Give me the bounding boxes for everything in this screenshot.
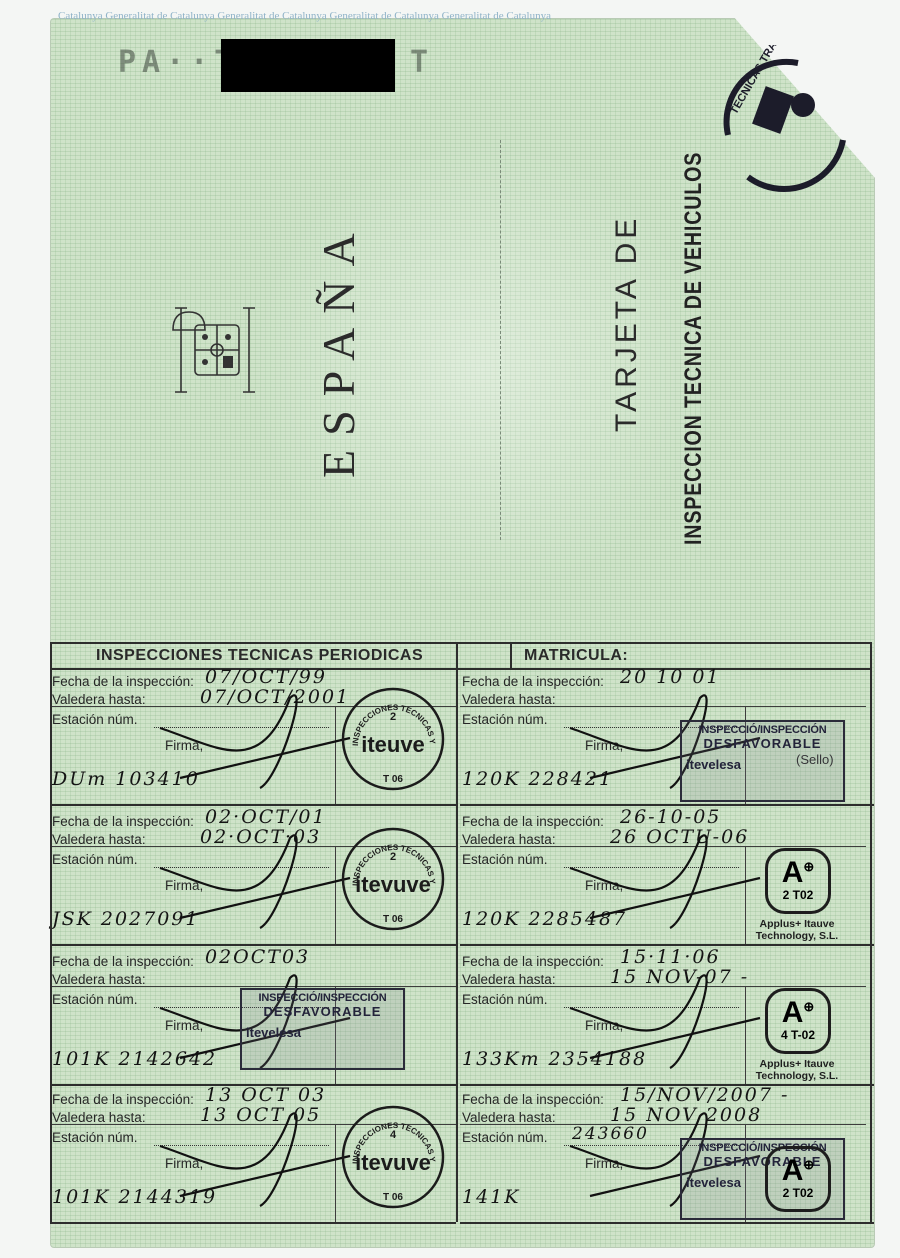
inspection-date-value: 15/NOV/2007 - <box>620 1084 789 1106</box>
svg-text:iteuve: iteuve <box>361 732 425 757</box>
fecha-label: Fecha de la inspección: <box>462 674 604 689</box>
matricula-label: MATRICULA: <box>524 647 628 665</box>
applus-itv-stamp: A⊕2 T02 <box>765 848 831 914</box>
coat-of-arms-icon <box>165 300 260 400</box>
country-title: ESPAÑA <box>312 219 365 478</box>
odometer-note: 141K <box>462 1186 520 1208</box>
odometer-note: DUm 103410 <box>52 768 200 790</box>
estacion-dotted-line <box>154 1144 329 1146</box>
firma-label: Firma, <box>165 738 203 753</box>
estacion-label: Estación núm. <box>462 1130 548 1145</box>
row-divider <box>50 1222 456 1224</box>
estacion-dotted-line <box>154 866 329 868</box>
odometer-note: JSK 2027091 <box>52 908 200 930</box>
valedera-label: Valedera hasta: <box>462 692 556 707</box>
firma-label: Firma, <box>165 1018 203 1033</box>
issuer-strip: Catalunya Generalitat de Catalunya Gener… <box>58 10 738 22</box>
odometer-note: 101K 2142642 <box>52 1048 217 1070</box>
fecha-label: Fecha de la inspección: <box>52 814 194 829</box>
valedera-label: Valedera hasta: <box>462 972 556 987</box>
estacion-label: Estación núm. <box>52 1130 138 1145</box>
applus-itv-stamp: A⊕4 T-02 <box>765 988 831 1054</box>
valid-until-value: 07/OCT/2001 <box>200 686 350 708</box>
card-title-line2: INSPECCION TECNICA DE VEHICULOS <box>680 152 708 545</box>
svg-text:T 06: T 06 <box>383 774 403 785</box>
valedera-label: Valedera hasta: <box>462 832 556 847</box>
fecha-label: Fecha de la inspección: <box>52 1092 194 1107</box>
svg-text:T 06: T 06 <box>383 914 403 925</box>
estacion-dotted-line <box>564 866 739 868</box>
estacion-label: Estación núm. <box>52 712 138 727</box>
odometer-note: 101K 2144319 <box>52 1186 217 1208</box>
firma-label: Firma, <box>585 1156 623 1171</box>
itv-station-round-stamp: INSPECCIONES TECNICAS Y VERIFICACIONES S… <box>340 1104 446 1210</box>
svg-text:itevuve: itevuve <box>355 872 431 897</box>
valid-until-value: 26 OCTU-06 <box>610 826 749 848</box>
section-heading: INSPECCIONES TECNICAS PERIODICAS <box>96 647 423 665</box>
odometer-note: 120K 2285487 <box>462 908 627 930</box>
svg-text:itevuve: itevuve <box>355 1150 431 1175</box>
card-title-line1: TARJETA DE <box>610 215 644 432</box>
inspection-date-value: 02OCT03 <box>205 946 310 968</box>
svg-text:2: 2 <box>390 711 396 723</box>
odometer-note: 120K 228421 <box>462 768 613 790</box>
valedera-label: Valedera hasta: <box>52 972 146 987</box>
valedera-label: Valedera hasta: <box>52 1110 146 1125</box>
estacion-label: Estación núm. <box>52 852 138 867</box>
applus-caption: Applus+ Itauve Technology, S.L. <box>747 1058 847 1082</box>
redaction-block <box>221 39 395 92</box>
fold-line <box>500 140 501 540</box>
svg-text:4: 4 <box>390 1129 397 1141</box>
stamp-cell-divider <box>335 706 336 804</box>
odometer-note: 133Km 2354188 <box>462 1048 647 1070</box>
fecha-label: Fecha de la inspección: <box>462 1092 604 1107</box>
firma-label: Firma, <box>165 878 203 893</box>
valid-until-value: 15 NOV-07 - <box>610 966 749 988</box>
valedera-label: Valedera hasta: <box>52 692 146 707</box>
inspection-date-value: 07/OCT/99 <box>205 666 327 688</box>
valid-until-value: 13 OCT 05 <box>200 1104 321 1126</box>
stamp-cell-divider <box>745 846 746 944</box>
stamp-cell-divider <box>335 1124 336 1222</box>
inspection-date-value: 20 10 01 <box>620 666 721 688</box>
perforation-right: T <box>410 45 434 85</box>
valedera-label: Valedera hasta: <box>52 832 146 847</box>
grid-right-border <box>870 642 872 1222</box>
grid-left-border <box>50 642 52 1222</box>
fecha-label: Fecha de la inspección: <box>462 954 604 969</box>
firma-label: Firma, <box>585 878 623 893</box>
estacion-dotted-line <box>154 726 329 728</box>
itv-station-round-stamp: INSPECCIONES TECNICAS Y VERIFICACIONES S… <box>340 826 446 932</box>
fecha-label: Fecha de la inspección: <box>52 674 194 689</box>
firma-label: Firma, <box>165 1156 203 1171</box>
applus-itv-stamp: A⊕2 T02 <box>765 1146 831 1212</box>
estacion-label: Estación núm. <box>462 712 548 727</box>
corner-official-stamp: TECNICAS TRA <box>708 45 858 195</box>
valedera-label: Valedera hasta: <box>462 1110 556 1125</box>
station-number-value: 243660 <box>572 1124 649 1144</box>
valid-until-value: 15 NOV 2008 <box>610 1104 762 1126</box>
applus-caption: Applus+ Itauve Technology, S.L. <box>747 918 847 942</box>
inspection-date-value: 02·OCT/01 <box>205 806 327 828</box>
itv-station-round-stamp: INSPECCIONES TECNICAS Y VERIFICACIONES S… <box>340 686 446 792</box>
firma-label: Firma, <box>585 1018 623 1033</box>
valid-until-value: 02·OCT·03 <box>200 826 321 848</box>
estacion-label: Estación núm. <box>462 992 548 1007</box>
estacion-dotted-line <box>564 1006 739 1008</box>
firma-label: Firma, <box>585 738 623 753</box>
estacion-label: Estación núm. <box>462 852 548 867</box>
inspection-date-value: 15·11·06 <box>620 946 721 968</box>
inspection-date-value: 13 OCT 03 <box>205 1084 326 1106</box>
svg-text:2: 2 <box>390 851 396 863</box>
fecha-label: Fecha de la inspección: <box>462 814 604 829</box>
svg-text:T 06: T 06 <box>383 1192 403 1203</box>
stamp-cell-divider <box>335 846 336 944</box>
row-divider <box>460 1222 874 1224</box>
unfavorable-inspection-stamp: INSPECCIÓ/INSPECCIÓNDESFAVORABLEiteveles… <box>240 988 405 1070</box>
estacion-label: Estación núm. <box>52 992 138 1007</box>
stamp-cell-divider <box>745 986 746 1084</box>
unfavorable-inspection-stamp: INSPECCIÓ/INSPECCIÓNDESFAVORABLEiteveles… <box>680 720 845 802</box>
fecha-label: Fecha de la inspección: <box>52 954 194 969</box>
inspection-date-value: 26-10-05 <box>620 806 721 828</box>
